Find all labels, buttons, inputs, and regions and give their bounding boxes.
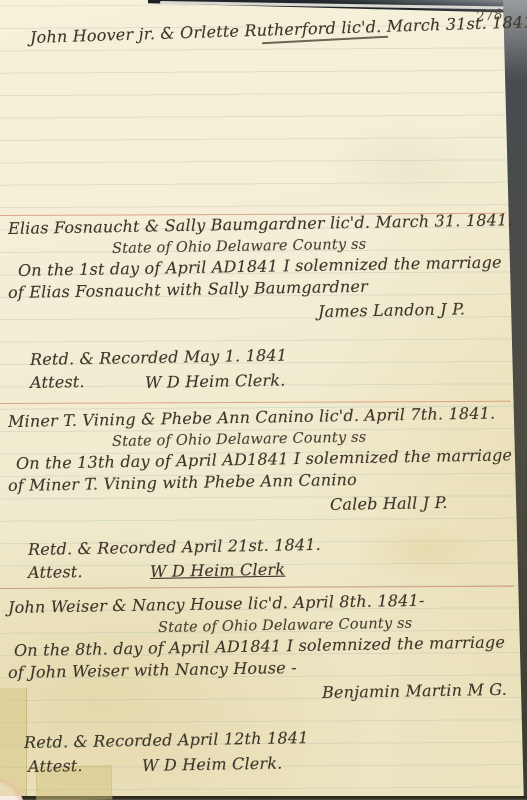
tape-repair-vertical bbox=[0, 688, 27, 796]
entry-weiser-attest-label: Attest. bbox=[28, 756, 83, 776]
entry-fosnaucht-officiant-signature: James Landon J P. bbox=[318, 299, 465, 321]
entry-fosnaucht-attest-label: Attest. bbox=[30, 372, 85, 392]
entry-weiser-clerk-signature: W D Heim Clerk. bbox=[142, 754, 283, 775]
entry-vining-clerk-signature: W D Heim Clerk bbox=[150, 560, 286, 581]
paper-stain bbox=[360, 520, 490, 580]
entry-fosnaucht-clerk-signature: W D Heim Clerk. bbox=[145, 371, 286, 392]
paper-stain bbox=[330, 120, 480, 210]
entry-weiser-officiant-signature: Benjamin Martin M G. bbox=[322, 680, 507, 702]
entry-vining-officiant-signature: Caleb Hall J P. bbox=[330, 493, 448, 514]
entry-vining-attest-label: Attest. bbox=[28, 562, 83, 582]
ledger-page-scan: 278 John Hoover jr. & Orlette Rutherford… bbox=[0, 0, 527, 800]
